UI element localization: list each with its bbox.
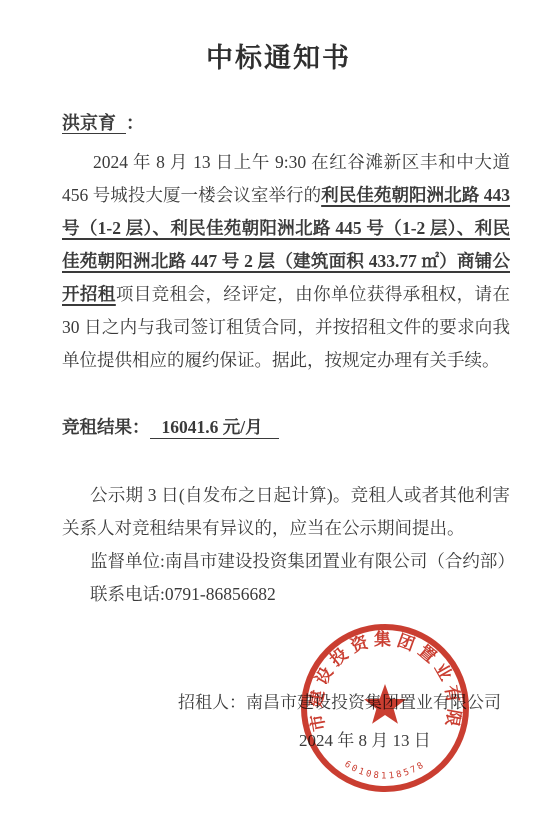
para1-closing-text: 项目竞租会，经评定，由你单位获得承租权，请在 30 日之内与我司签订租赁合同，并… xyxy=(62,284,510,370)
body-paragraph: 2024 年 8 月 13 日上午 9:30 在红谷滩新区丰和中大道 456 号… xyxy=(62,146,510,377)
addressee-line: 洪京育： xyxy=(62,109,144,135)
phone-line: 联系电话:0791-86856682 xyxy=(62,578,510,611)
publicity-paragraph: 公示期 3 日(自发布之日起计算)。竞租人或者其他利害关系人对竞租结果有异议的，… xyxy=(62,479,510,545)
company-seal-graphic: 南昌市建设投资集团置业有限公司 3601081185780 xyxy=(297,620,473,796)
bid-result-line: 竞租结果：16041.6 元/月 xyxy=(62,414,279,439)
seal-star xyxy=(364,684,406,724)
bid-result-label: 竞租结果： xyxy=(62,417,150,437)
notice-block: 公示期 3 日(自发布之日起计算)。竞租人或者其他利害关系人对竞租结果有异议的，… xyxy=(62,479,510,611)
document-page: 中标通知书 洪京育： 2024 年 8 月 13 日上午 9:30 在红谷滩新区… xyxy=(0,0,557,815)
page-title: 中标通知书 xyxy=(0,36,557,75)
addressee-name: 洪京育 xyxy=(62,113,126,134)
company-seal: 南昌市建设投资集团置业有限公司 3601081185780 xyxy=(297,620,473,796)
bid-result-value: 16041.6 元/月 xyxy=(150,417,279,439)
addressee-colon: ： xyxy=(126,113,144,133)
lessor-label: 招租人： xyxy=(178,693,246,712)
supervisor-line: 监督单位:南昌市建设投资集团置业有限公司（合约部） xyxy=(62,545,510,578)
